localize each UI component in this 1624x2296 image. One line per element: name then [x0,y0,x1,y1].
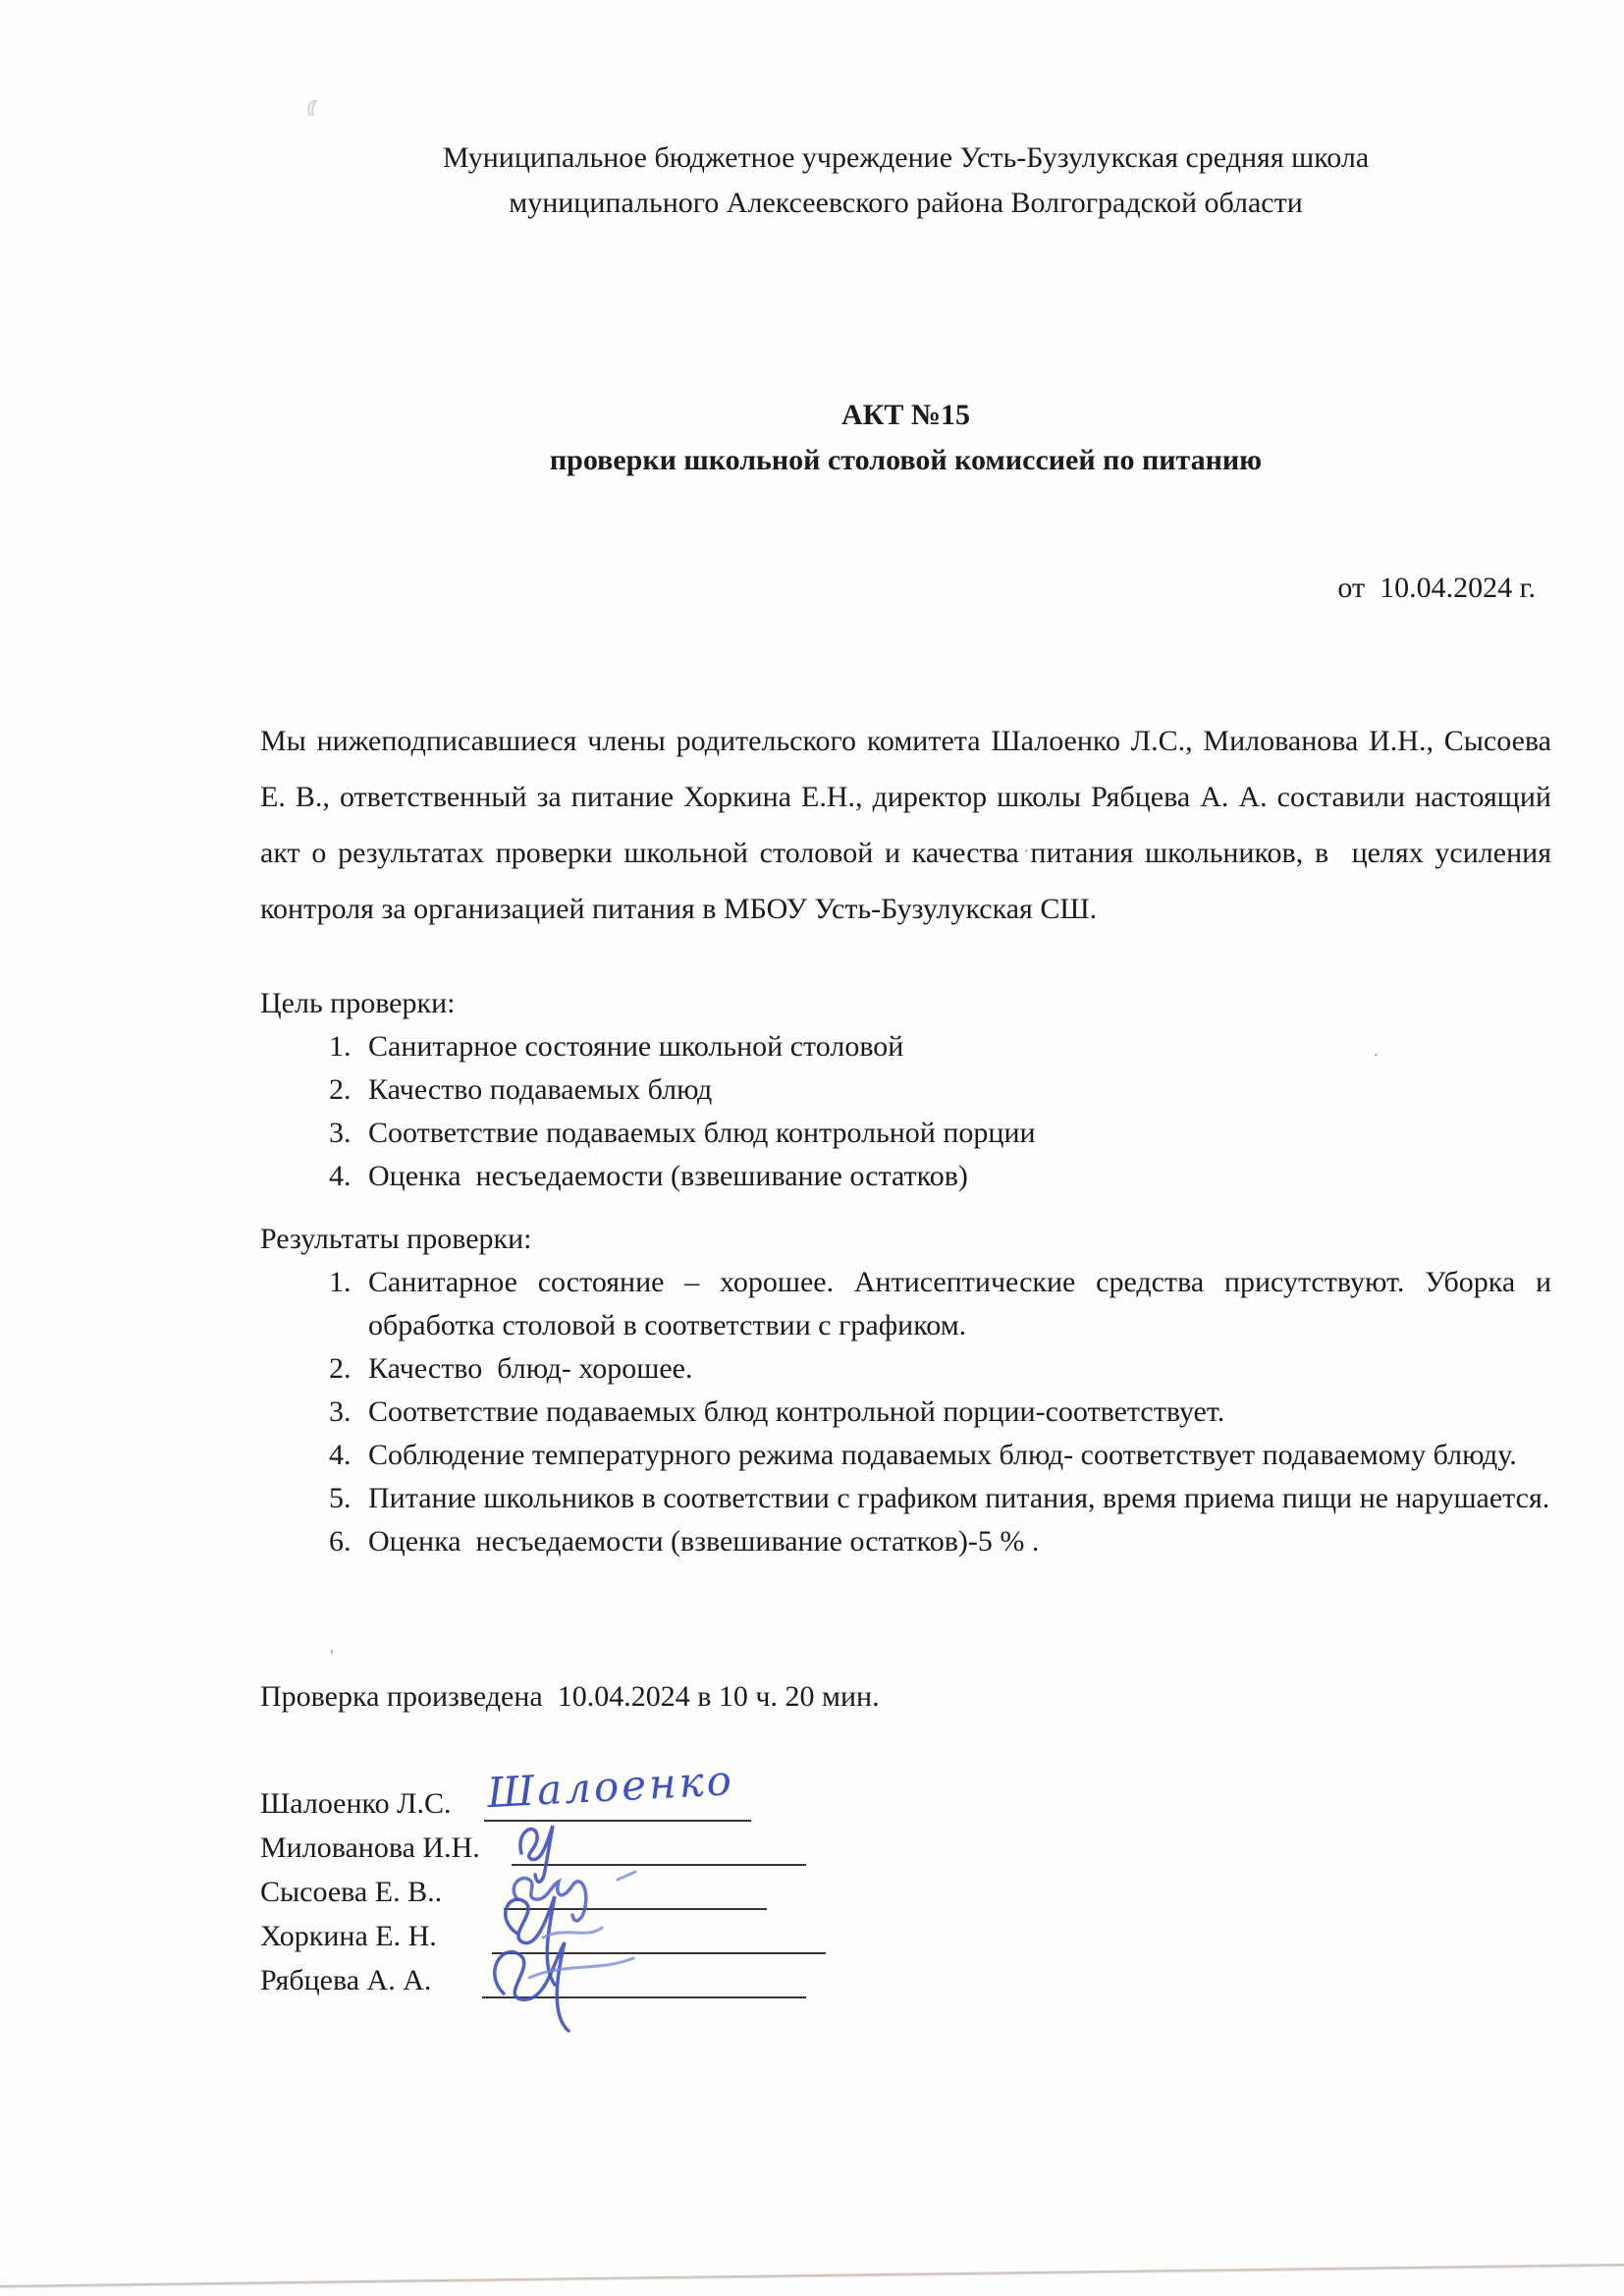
scan-edge-line [0,2251,1624,2296]
goal-item-3: Соответствие подаваемых блюд контрольной… [358,1112,1551,1155]
scan-speck: ' [330,1646,334,1668]
scanned-document-page: Муниципальное бюджетное учреждение Усть-… [0,0,1624,2296]
signature-row-sysoeva: Сысоева Е. В.. [260,1870,1551,1914]
signature-row-shaloenko: Шалоенко Л.С. Шалоенко [260,1781,1551,1826]
signature-label: Хоркина Е. Н. [260,1914,437,1958]
scan-speck-top [302,96,326,122]
goal-item-2: Качество подаваемых блюд [358,1068,1551,1112]
signature-block: Шалоенко Л.С. Шалоенко Милованова И.Н. С… [260,1781,1551,2002]
document-title: АКТ №15 проверки школьной столовой комис… [260,393,1551,483]
intro-paragraph: Мы нижеподписавшиеся члены родительского… [260,713,1551,937]
signature-line [484,1820,751,1822]
organization-name-line2: муниципального Алексеевского района Волг… [260,181,1551,226]
scan-speck: · [1373,1045,1380,1067]
goals-list: Санитарное состояние школьной столовой К… [260,1025,1551,1198]
signature-line [512,1864,806,1866]
svg-text:Шалоенко: Шалоенко [485,1756,735,1817]
result-item-3: Соответствие подаваемых блюд контрольной… [358,1391,1551,1434]
document-date: от 10.04.2024 г. [260,572,1551,605]
inspection-time-line: Проверка произведена 10.04.2024 в 10 ч. … [260,1675,1551,1719]
signature-label: Сысоева Е. В.. [260,1870,442,1914]
result-item-2: Качество блюд- хорошее. [358,1347,1551,1391]
results-list: Санитарное состояние – хорошее. Антисепт… [260,1261,1551,1563]
result-item-5: Питание школьников в соответствии с граф… [358,1477,1551,1520]
signature-line [482,1996,806,1998]
signature-label: Рябцева А. А. [260,1958,431,2002]
scan-speck: · [1023,841,1030,863]
result-item-4: Соблюдение температурного режима подавае… [358,1434,1551,1477]
result-item-6: Оценка несъедаемости (взвешивание остатк… [358,1520,1551,1563]
organization-name: Муниципальное бюджетное учреждение Усть-… [260,136,1551,226]
results-heading: Результаты проверки: [260,1218,1551,1261]
goal-item-4: Оценка несъедаемости (взвешивание остатк… [358,1155,1551,1198]
signature-label: Шалоенко Л.С. [260,1781,451,1826]
signature-row-milovanova: Милованова И.Н. [260,1826,1551,1870]
signature-handwriting-shaloenko: Шалоенко [482,1764,777,1827]
goals-heading: Цель проверки: [260,982,1551,1025]
organization-name-line1: Муниципальное бюджетное учреждение Усть-… [260,136,1551,181]
signature-label: Милованова И.Н. [260,1826,480,1870]
result-item-1: Санитарное состояние – хорошее. Антисепт… [358,1261,1551,1347]
signature-row-horkina: Хоркина Е. Н. [260,1914,1551,1958]
signature-line [492,1952,826,1954]
document-title-subject: проверки школьной столовой комиссией по … [260,438,1551,483]
signature-line [504,1908,767,1910]
document-title-number: АКТ №15 [260,393,1551,438]
signature-row-ryabtseva: Рябцева А. А. [260,1958,1551,2002]
